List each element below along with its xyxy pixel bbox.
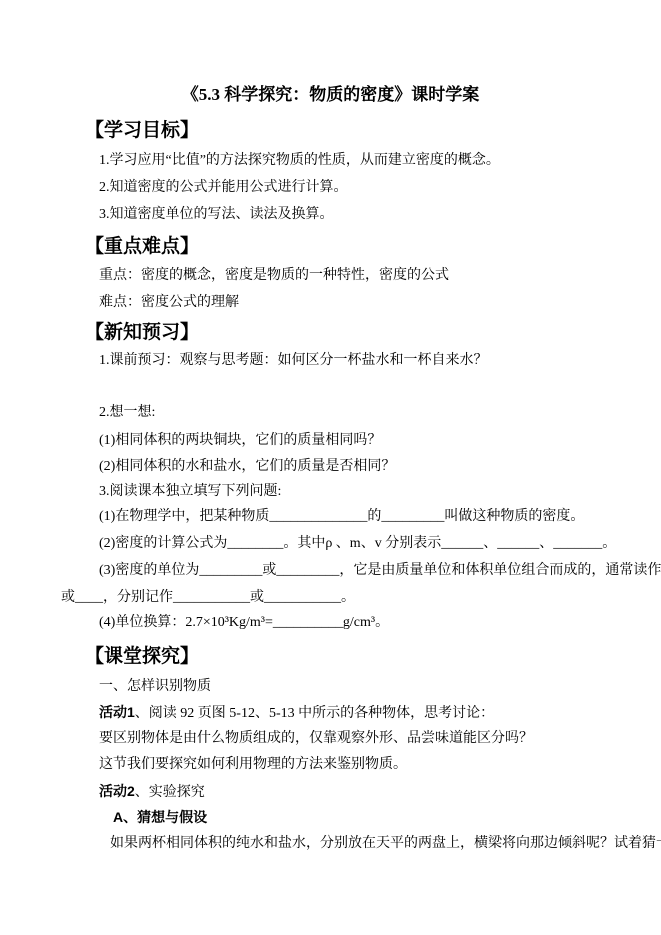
preview-question-2: 2.想一想: (61, 404, 631, 422)
exploration-topic-1: 一、怎样识别物质 (61, 678, 631, 696)
document-page: 《5.3 科学探究：物质的密度》课时学案 【学习目标】 1.学习应用“比值”的方… (0, 0, 661, 935)
activity-1-text: 、阅读 92 页图 5-12、5-13 中所示的各种物体，思考讨论： (135, 706, 494, 721)
preview-question-3: 3.阅读课本独立填写下列问题: (61, 483, 631, 501)
activity-2-text: 、实验探究 (135, 785, 205, 800)
objective-item-3: 3.知道密度单位的写法、读法及换算。 (61, 206, 631, 224)
difficulty-line: 难点：密度公式的理解 (61, 294, 631, 312)
objective-item-1: 1.学习应用“比值”的方法探究物质的性质，从而建立密度的概念。 (61, 152, 631, 170)
fill-blank-line-conversion: (4)单位换算：2.7×10³Kg/m³=__________g/cm³。 (61, 614, 631, 632)
activity-2-line: 活动2、实验探究 (61, 782, 631, 802)
preview-question-2-2: (2)相同体积的水和盐水，它们的质量是否相同？ (61, 458, 631, 476)
fill-blank-line-formula: (2)密度的计算公式为________。其中ρ 、m、v 分别表示______、… (61, 535, 631, 553)
fill-blank-line-definition: (1)在物理学中，把某种物质______________的_________叫做… (61, 508, 631, 526)
activity-1-question-line-1: 要区别物体是由什么物质组成的，仅靠观察外形、品尝味道能区分吗？ (61, 730, 631, 748)
section-heading-learning-objectives: 【学习目标】 (61, 120, 631, 142)
document-title: 《5.3 科学探究：物质的密度》课时学案 (0, 86, 661, 104)
activity-1-label: 活动1 (99, 704, 135, 720)
sub-section-a-guess-hypothesis: A、猜想与假设 (61, 808, 631, 826)
preview-question-2-1: (1)相同体积的两块铜块，它们的质量相同吗？ (61, 432, 631, 450)
guess-prompt-line: 如果两杯相同体积的纯水和盐水，分别放在天平的两盘上，横梁将向那边倾斜呢？试着猜一 (61, 835, 631, 853)
section-heading-preview: 【新知预习】 (61, 322, 631, 344)
preview-question-1: 1.课前预习：观察与思考题：如何区分一杯盐水和一杯自来水？ (61, 352, 631, 370)
section-heading-key-points: 【重点难点】 (61, 236, 631, 258)
activity-1-line: 活动1、阅读 92 页图 5-12、5-13 中所示的各种物体，思考讨论： (61, 703, 631, 723)
fill-blank-line-units-1: (3)密度的单位为_________或_________，它是由质量单位和体积单… (61, 562, 631, 580)
objective-item-2: 2.知道密度的公式并能用公式进行计算。 (61, 179, 631, 197)
section-heading-class-exploration: 【课堂探究】 (61, 646, 631, 668)
activity-1-question-line-2: 这节我们要探究如何利用物理的方法来鉴别物质。 (61, 756, 631, 774)
key-point-line: 重点：密度的概念，密度是物质的一种特性，密度的公式 (61, 267, 631, 285)
fill-blank-line-units-2: 或____，分别记作___________或___________。 (61, 589, 631, 607)
activity-2-label: 活动2 (99, 783, 135, 799)
